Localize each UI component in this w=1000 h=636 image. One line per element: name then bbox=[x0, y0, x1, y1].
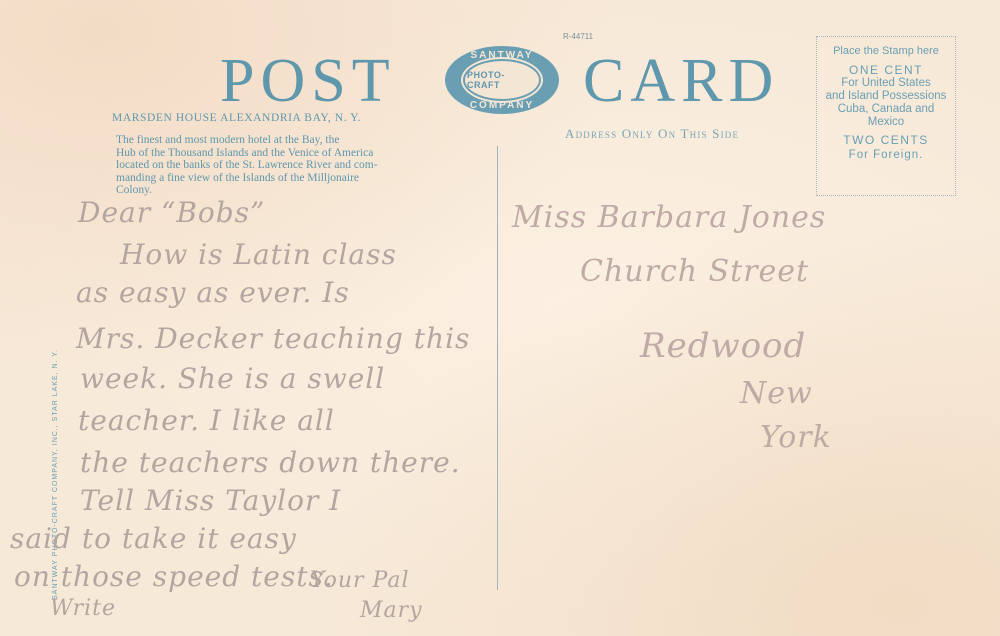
message-line: Dear “Bobs” bbox=[78, 196, 265, 229]
address-line: Redwood bbox=[640, 326, 806, 366]
message-line: teacher. I like all bbox=[78, 404, 335, 437]
stamp-foreign: For Foreign. bbox=[817, 149, 955, 161]
message-line: said to take it easy bbox=[10, 522, 297, 555]
logo-bottom-text: COMPANY bbox=[445, 100, 559, 111]
address-instruction: Address Only On This Side bbox=[565, 126, 739, 142]
message-line: week. She is a swell bbox=[80, 362, 385, 395]
santway-logo-icon: SANTWAY PHOTO-CRAFT COMPANY bbox=[445, 46, 559, 114]
stamp-domestic-line: For United States bbox=[817, 77, 955, 90]
hotel-description: The finest and most modern hotel at the … bbox=[116, 134, 461, 197]
serial-number: R-44711 bbox=[563, 32, 593, 41]
stamp-domestic-line: and Island Possessions bbox=[817, 90, 955, 103]
message-line: on those speed tests. bbox=[14, 560, 334, 593]
title-post: POST bbox=[220, 50, 396, 112]
stamp-one-cent: ONE CENT bbox=[817, 63, 955, 77]
logo-top-text: SANTWAY bbox=[445, 50, 559, 61]
address-line: Church Street bbox=[580, 254, 809, 289]
message-line: Write bbox=[50, 596, 116, 621]
hotel-description-line: Colony. bbox=[116, 184, 461, 197]
message-line: the teachers down there. bbox=[80, 446, 461, 479]
address-line: New bbox=[740, 376, 813, 411]
stamp-domestic-line: Cuba, Canada and bbox=[817, 103, 955, 116]
stamp-place-label: Place the Stamp here bbox=[817, 45, 955, 57]
message-line: Tell Miss Taylor I bbox=[80, 484, 341, 517]
message-line: as easy as ever. Is bbox=[76, 276, 350, 309]
center-divider bbox=[497, 146, 498, 590]
logo-center-text: PHOTO-CRAFT bbox=[465, 61, 539, 99]
hotel-description-line: The finest and most modern hotel at the … bbox=[116, 134, 461, 147]
address-line: Miss Barbara Jones bbox=[512, 200, 826, 235]
stamp-box: Place the Stamp here ONE CENT For United… bbox=[816, 36, 956, 196]
message-line: How is Latin class bbox=[120, 238, 397, 271]
stamp-domestic-line: Mexico bbox=[817, 116, 955, 129]
hotel-description-line: located on the banks of the St. Lawrence… bbox=[116, 159, 461, 172]
signoff-line: Your Pal bbox=[310, 568, 410, 593]
postcard-back: POST SANTWAY PHOTO-CRAFT COMPANY R-44711… bbox=[0, 0, 1000, 636]
hotel-name: MARSDEN HOUSE ALEXANDRIA BAY, N. Y. bbox=[112, 112, 361, 124]
title-card: CARD bbox=[583, 50, 779, 112]
address-line: York bbox=[760, 420, 832, 455]
message-line: Mrs. Decker teaching this bbox=[76, 322, 470, 355]
stamp-two-cents: TWO CENTS bbox=[817, 133, 955, 147]
hotel-description-line: manding a fine view of the Islands of th… bbox=[116, 172, 461, 185]
hotel-description-line: Hub of the Thousand Islands and the Veni… bbox=[116, 147, 461, 160]
signature: Mary bbox=[360, 598, 423, 623]
